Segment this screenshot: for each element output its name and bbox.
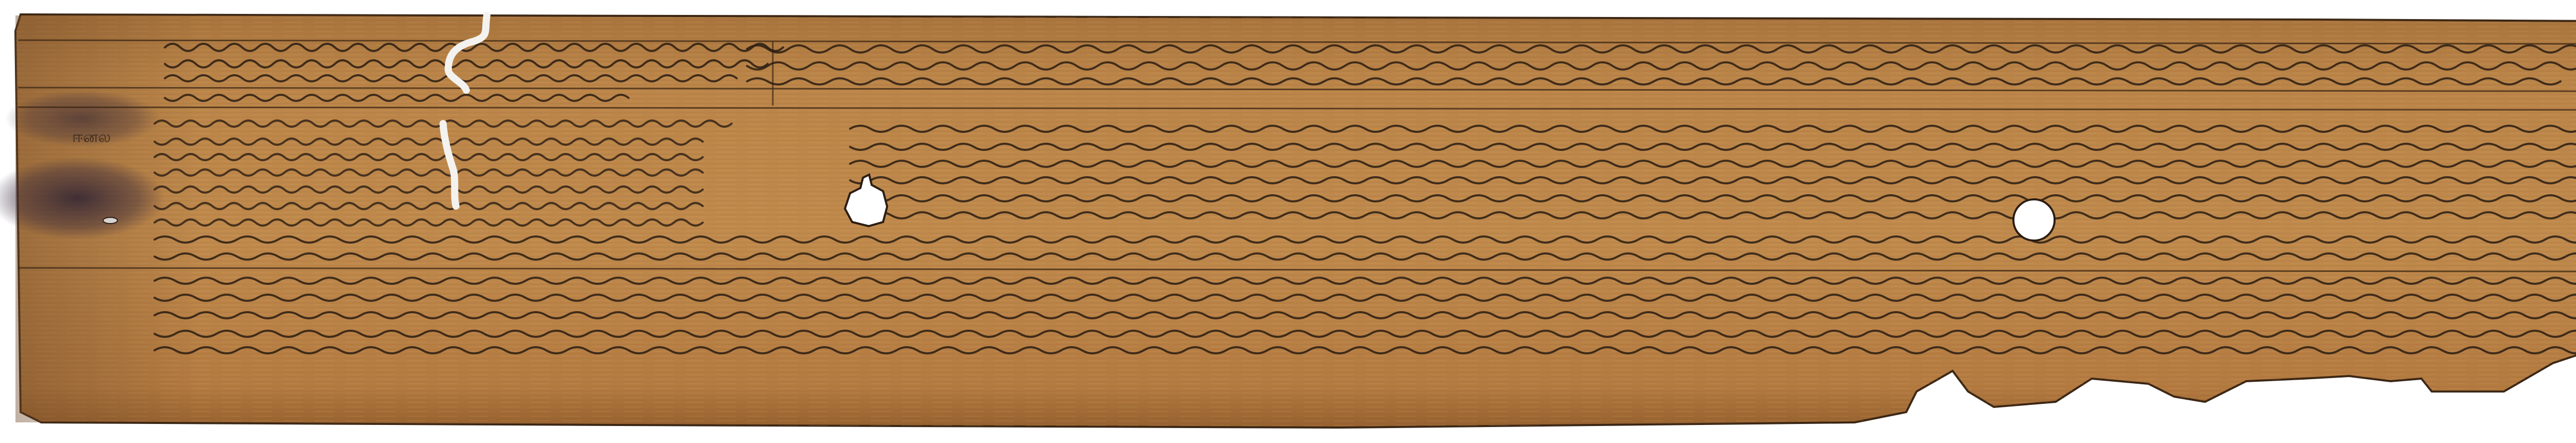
palm-leaf — [0, 0, 2576, 443]
pin-hole — [103, 217, 117, 224]
string-hole-right — [2013, 199, 2055, 241]
left-margin-note: ஈனல — [72, 129, 111, 148]
